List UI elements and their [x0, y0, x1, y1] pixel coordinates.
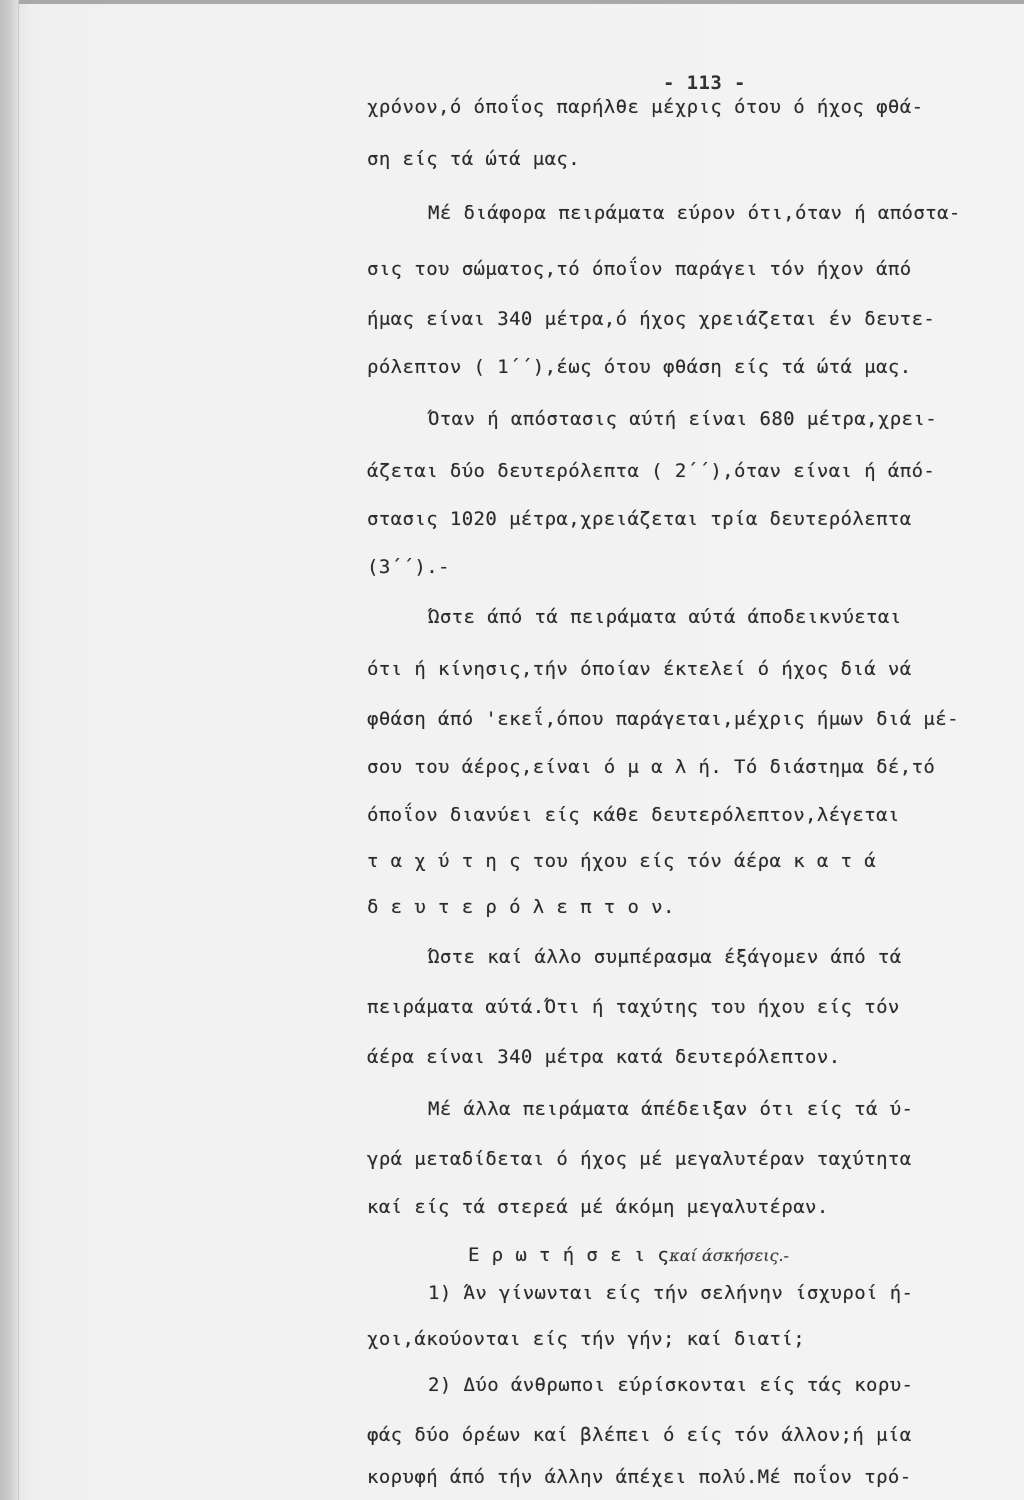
- paragraph-start: Ώστε άπό τά πειράματα αύτά άποδεικνύεται: [428, 606, 902, 628]
- question-1: 1) Άν γίνωνται είς τήν σελήνην ίσχυροί ή…: [428, 1282, 913, 1304]
- text-line: χοι,άκούονται είς τήν γήν; καί διατί;: [367, 1328, 805, 1350]
- question-2: 2) Δύο άνθρωποι εύρίσκονται είς τάς κορυ…: [428, 1374, 913, 1396]
- text-line: γρά μεταδίδεται ό ήχος μέ μεγαλυτέραν τα…: [367, 1148, 912, 1170]
- text-line: δ ε υ τ ε ρ ό λ ε π τ ο ν.: [367, 896, 675, 918]
- paragraph-start: Μέ άλλα πειράματα άπέδειξαν ότι είς τά ύ…: [428, 1098, 913, 1120]
- text-line: σις του σώματος,τό όποΐον παράγει τόν ήχ…: [367, 258, 912, 280]
- scanned-page: - 113 - χρόνον,ό όποΐος παρήλθε μέχρις ό…: [0, 0, 1024, 1500]
- text-line: άέρα είναι 340 μέτρα κατά δευτερόλεπτον.: [367, 1046, 841, 1068]
- text-line: ση είς τά ώτά μας.: [367, 148, 580, 170]
- text-line: χρόνον,ό όποΐος παρήλθε μέχρις ότου ό ήχ…: [367, 96, 923, 118]
- paragraph-start: Ώστε καί άλλο συμπέρασμα έξάγομεν άπό τά: [428, 946, 902, 968]
- text-line: φθάση άπό 'εκεΐ,όπου παράγεται,μέχρις ήμ…: [367, 708, 959, 730]
- text-line: άζεται δύο δευτερόλεπτα ( 2΄΄),όταν είνα…: [367, 460, 935, 482]
- text-line: τ α χ ύ τ η ς του ήχου είς τόν άέρα κ α …: [367, 850, 876, 872]
- text-line: (3΄΄).-: [367, 556, 450, 578]
- text-line: όποΐον διανύει είς κάθε δευτερόλεπτον,λέ…: [367, 804, 900, 826]
- paragraph-start: Όταν ή απόστασις αύτή είναι 680 μέτρα,χρ…: [428, 408, 937, 430]
- text-line: σου του άέρος,είναι ό μ α λ ή. Τό διάστη…: [367, 756, 935, 778]
- typewritten-page: - 113 - χρόνον,ό όποΐος παρήλθε μέχρις ό…: [0, 0, 1024, 1500]
- text-line: κορυφή άπό τήν άλλην άπέχει πολύ.Μέ ποΐο…: [367, 1466, 912, 1488]
- text-line: ήμας είναι 340 μέτρα,ό ήχος χρειάζεται έ…: [367, 308, 935, 330]
- text-line: ρόλεπτον ( 1΄΄),έως ότου φθάση είς τά ώτ…: [367, 356, 912, 378]
- section-heading-typed: Ε ρ ω τ ή σ ε ι ς: [468, 1244, 669, 1266]
- handwritten-annotation: καί άσκήσεις.-: [669, 1246, 789, 1265]
- text-line: πειράματα αύτά.Ότι ή ταχύτης του ήχου εί…: [367, 996, 900, 1018]
- paragraph-start: Μέ διάφορα πειράματα εύρον ότι,όταν ή απ…: [428, 202, 961, 224]
- section-heading: Ε ρ ω τ ή σ ε ι ςκαί άσκήσεις.-: [468, 1244, 789, 1266]
- text-line: φάς δύο όρέων καί βλέπει ό είς τόν άλλον…: [367, 1424, 912, 1446]
- text-line: στασις 1020 μέτρα,χρειάζεται τρία δευτερ…: [367, 508, 912, 530]
- text-line: καί είς τά στερεά μέ άκόμη μεγαλυτέραν.: [367, 1196, 829, 1218]
- page-number: - 113 -: [663, 72, 746, 94]
- text-line: ότι ή κίνησις,τήν όποίαν έκτελεί ό ήχος …: [367, 658, 912, 680]
